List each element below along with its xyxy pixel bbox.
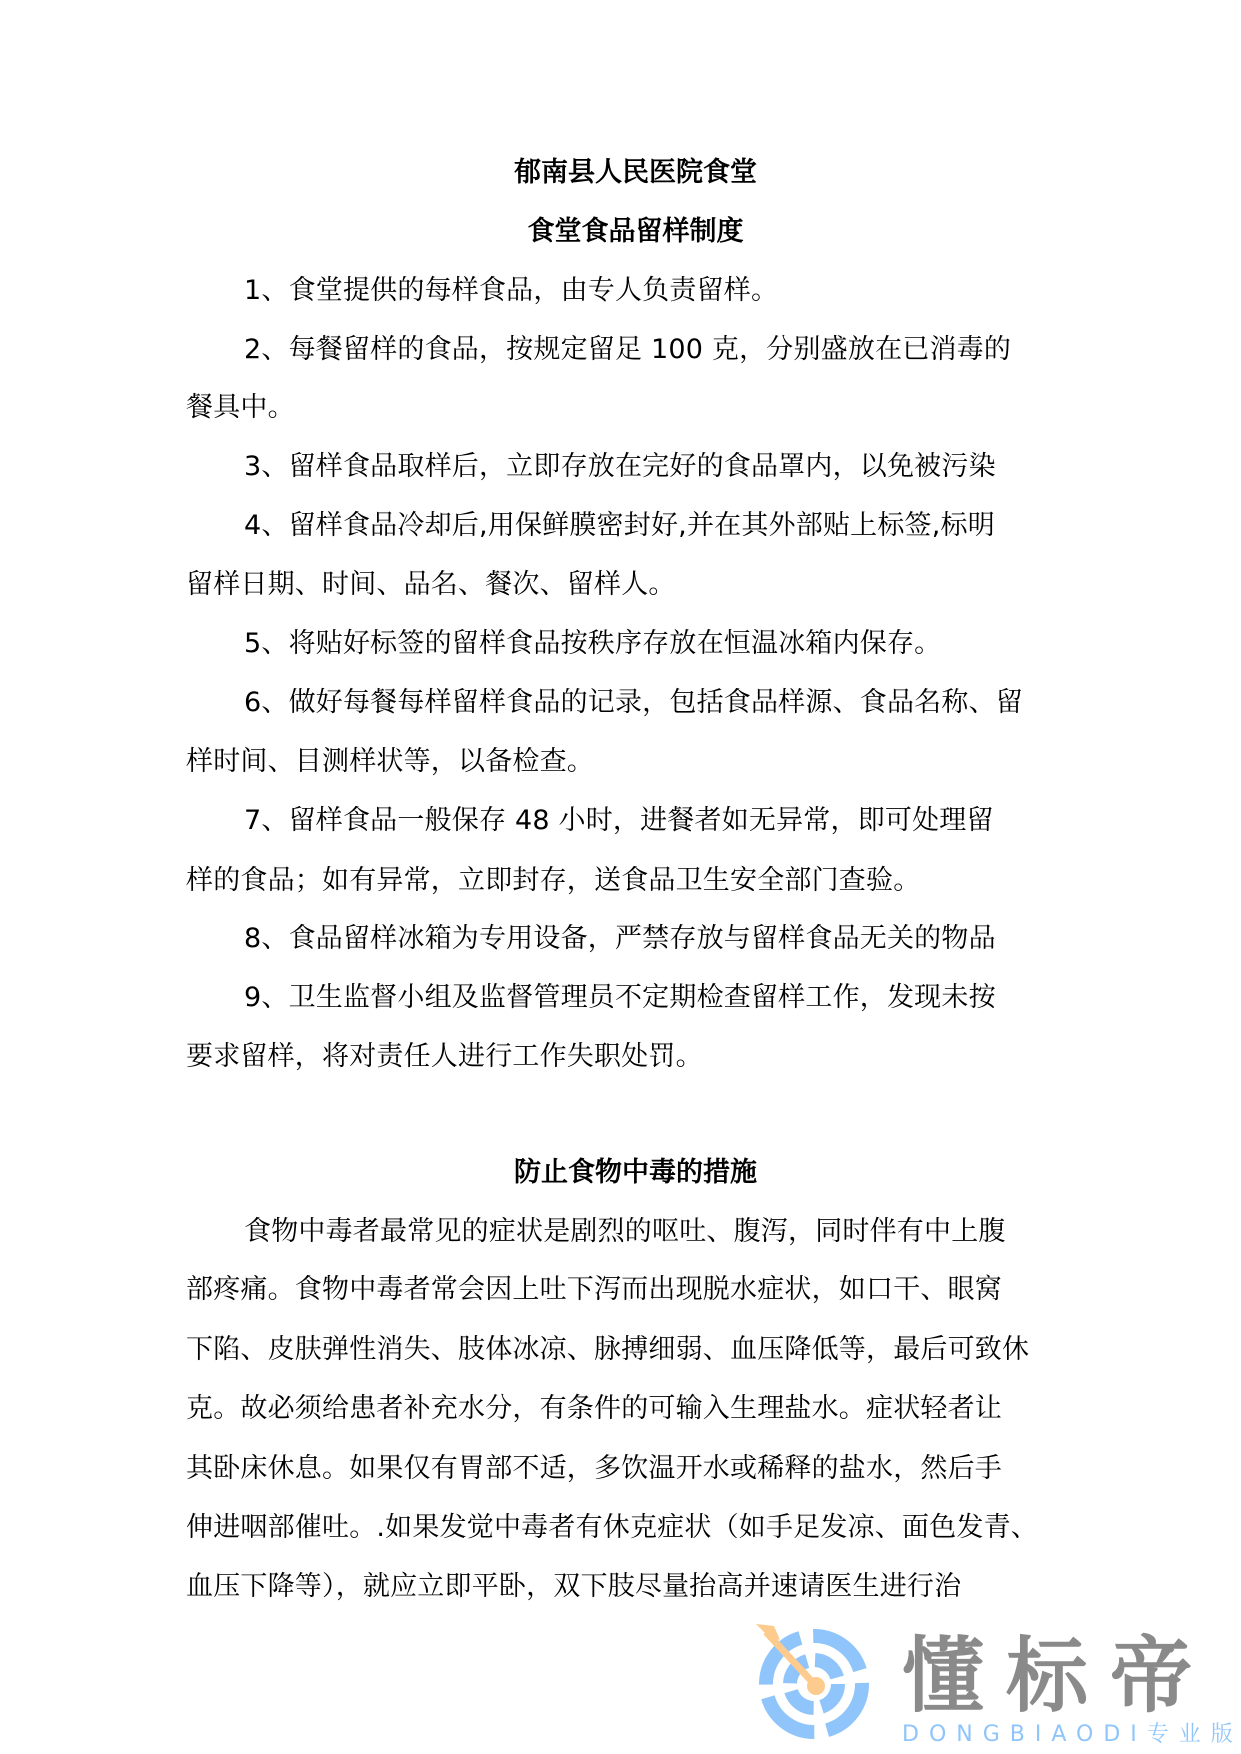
watermark-brand: 懂标帝 xyxy=(902,1634,1214,1720)
paragraph-line: 要求留样，将对责任人进行工作失职处罚。 xyxy=(186,1039,1066,1075)
paragraph-line: 伸进咽部催吐。.如果发觉中毒者有休克症状（如手足发凉、面色发青、 xyxy=(186,1510,1066,1546)
paragraph-line: 食物中毒者最常见的症状是剧烈的呕吐、腹泻，同时伴有中上腹 xyxy=(244,1214,1124,1250)
paragraph-line: 3、留样食品取样后，立即存放在完好的食品罩内，以免被污染 xyxy=(244,449,1124,485)
target-arrow-icon xyxy=(752,1614,872,1742)
watermark-subtitle: DONGBIAODI专业版 xyxy=(902,1722,1241,1748)
paragraph-line: 样的食品；如有异常，立即封存，送食品卫生安全部门查验。 xyxy=(186,863,1066,899)
section-title-sample-retention: 食堂食品留样制度 xyxy=(0,214,1241,250)
document-page: 郁南县人民医院食堂 食堂食品留样制度 1、食堂提供的每样食品，由专人负责留样。 … xyxy=(0,0,1241,1754)
paragraph-line: 其卧床休息。如果仅有胃部不适，多饮温开水或稀释的盐水，然后手 xyxy=(186,1451,1066,1487)
paragraph-line: 9、卫生监督小组及监督管理员不定期检查留样工作，发现未按 xyxy=(244,980,1124,1016)
paragraph-line: 1、食堂提供的每样食品，由专人负责留样。 xyxy=(244,273,1124,309)
paragraph-line: 6、做好每餐每样留样食品的记录，包括食品样源、食品名称、留 xyxy=(244,685,1124,721)
paragraph-line: 克。故必须给患者补充水分，有条件的可输入生理盐水。症状轻者让 xyxy=(186,1391,1066,1427)
paragraph-line: 5、将贴好标签的留样食品按秩序存放在恒温冰箱内保存。 xyxy=(244,626,1124,662)
section-title-food-poisoning: 防止食物中毒的措施 xyxy=(0,1155,1241,1191)
paragraph-line: 血压下降等），就应立即平卧，双下肢尽量抬高并速请医生进行治 xyxy=(186,1569,1066,1605)
paragraph-line: 4、留样食品冷却后,用保鲜膜密封好,并在其外部贴上标签,标明 xyxy=(244,508,1124,544)
paragraph-line: 2、每餐留样的食品，按规定留足 100 克，分别盛放在已消毒的 xyxy=(244,332,1124,368)
paragraph-line: 部疼痛。食物中毒者常会因上吐下泻而出现脱水症状，如口干、眼窝 xyxy=(186,1272,1066,1308)
paragraph-line: 样时间、目测样状等，以备检查。 xyxy=(186,744,1066,780)
paragraph-line: 下陷、皮肤弹性消失、肢体冰凉、脉搏细弱、血压降低等，最后可致休 xyxy=(186,1332,1066,1368)
paragraph-line: 7、留样食品一般保存 48 小时，进餐者如无异常，即可处理留 xyxy=(244,803,1124,839)
org-title: 郁南县人民医院食堂 xyxy=(0,155,1241,191)
paragraph-line: 餐具中。 xyxy=(186,390,1066,426)
watermark: 懂标帝 DONGBIAODI专业版 xyxy=(752,1612,1232,1754)
paragraph-line: 8、食品留样冰箱为专用设备，严禁存放与留样食品无关的物品 xyxy=(244,921,1124,957)
paragraph-line: 留样日期、时间、品名、餐次、留样人。 xyxy=(186,567,1066,603)
